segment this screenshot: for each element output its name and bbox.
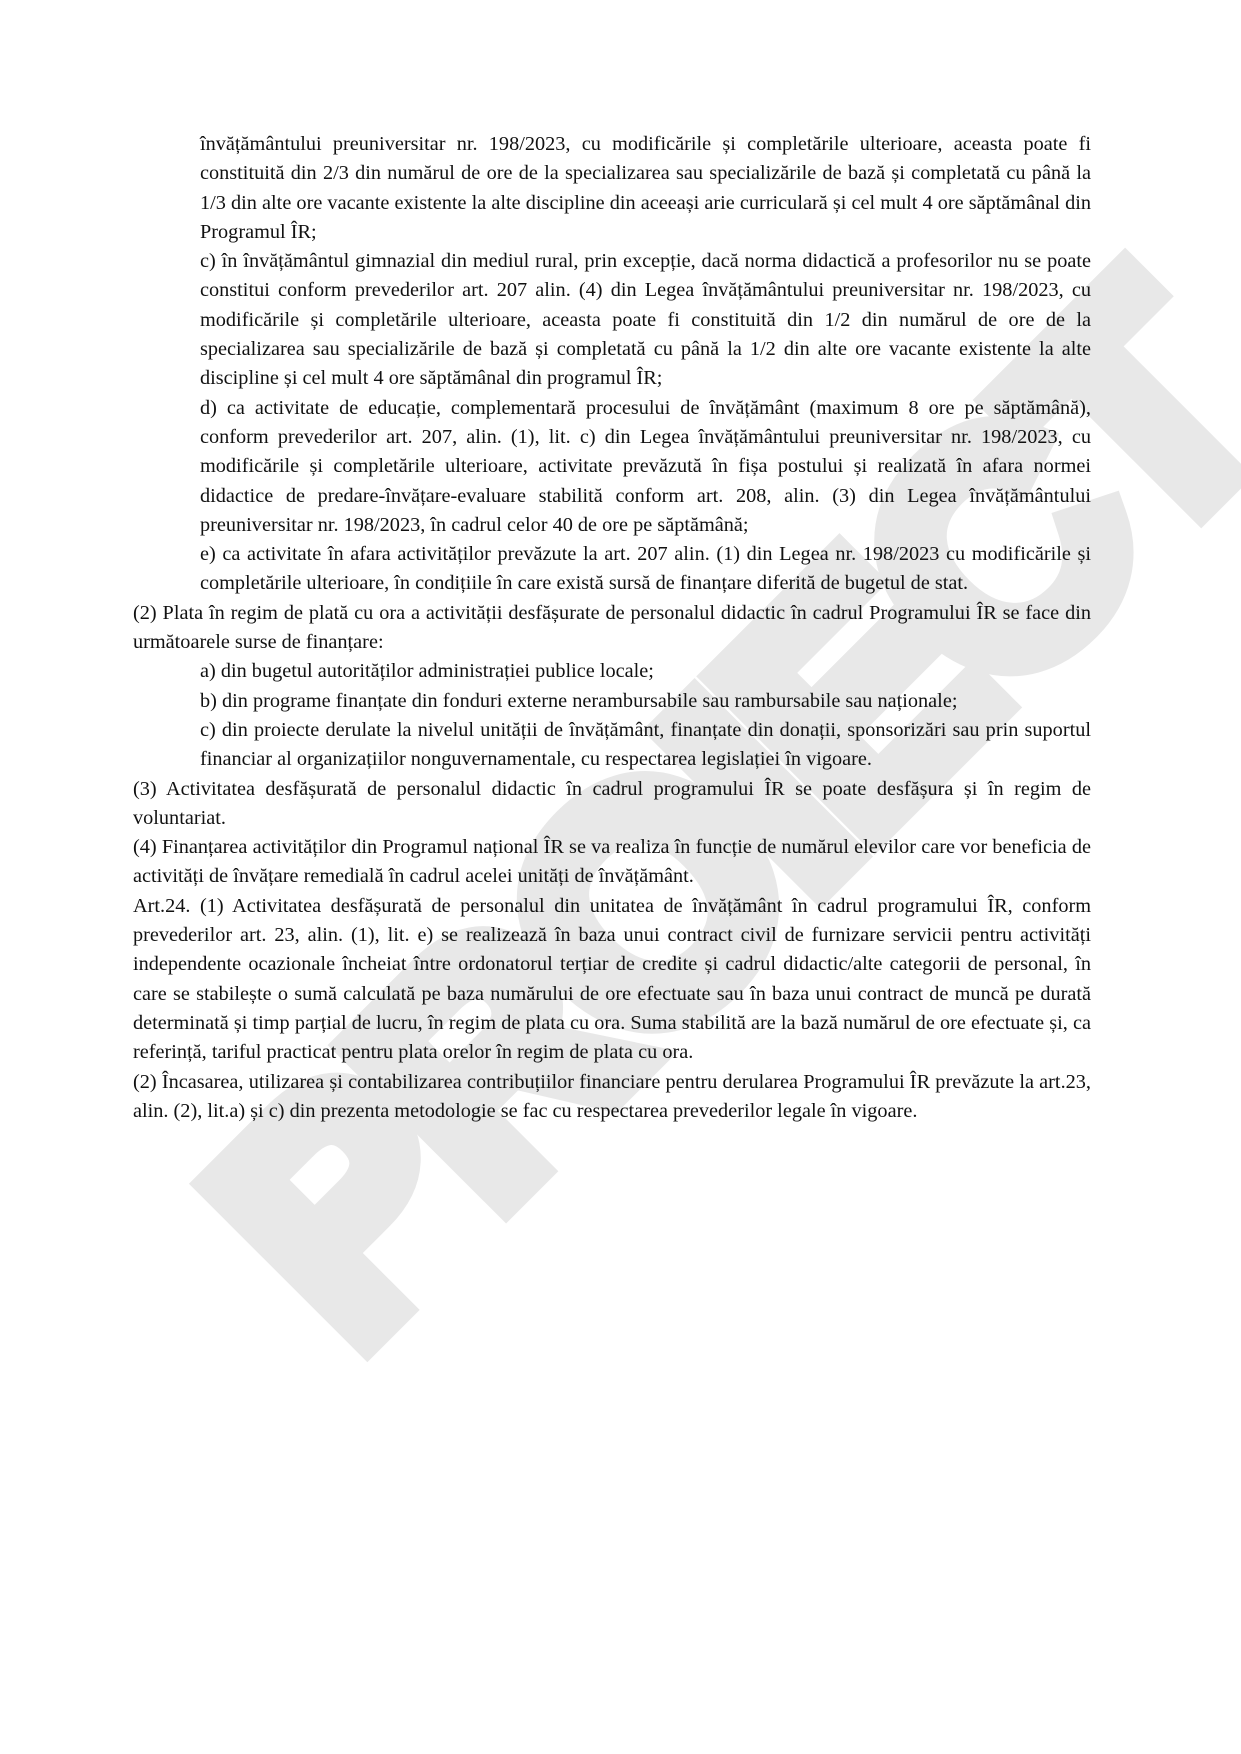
paragraph-item-c: c) în învățământul gimnazial din mediul … (133, 247, 1091, 393)
article-24-paragraph-1: Art.24. (1) Activitatea desfășurată de p… (133, 892, 1091, 1068)
paragraph-2-item-c: c) din proiecte derulate la nivelul unit… (133, 716, 1091, 775)
document-body: învățământului preuniversitar nr. 198/20… (133, 130, 1091, 1126)
paragraph-2-item-b: b) din programe finanțate din fonduri ex… (133, 687, 1091, 716)
paragraph-item-d: d) ca activitate de educație, complement… (133, 394, 1091, 540)
paragraph-2-intro: (2) Plata în regim de plată cu ora a act… (133, 599, 1091, 658)
paragraph-4: (4) Finanțarea activităților din Program… (133, 833, 1091, 892)
paragraph-3: (3) Activitatea desfășurată de personalu… (133, 775, 1091, 834)
paragraph-item-e: e) ca activitate în afara activităților … (133, 540, 1091, 599)
document-page: PROIECT învățământului preuniversitar nr… (0, 0, 1241, 1754)
article-24-paragraph-2: (2) Încasarea, utilizarea și contabiliza… (133, 1068, 1091, 1127)
paragraph-item-b-continuation: învățământului preuniversitar nr. 198/20… (133, 130, 1091, 247)
paragraph-2-item-a: a) din bugetul autorităților administraț… (133, 657, 1091, 686)
